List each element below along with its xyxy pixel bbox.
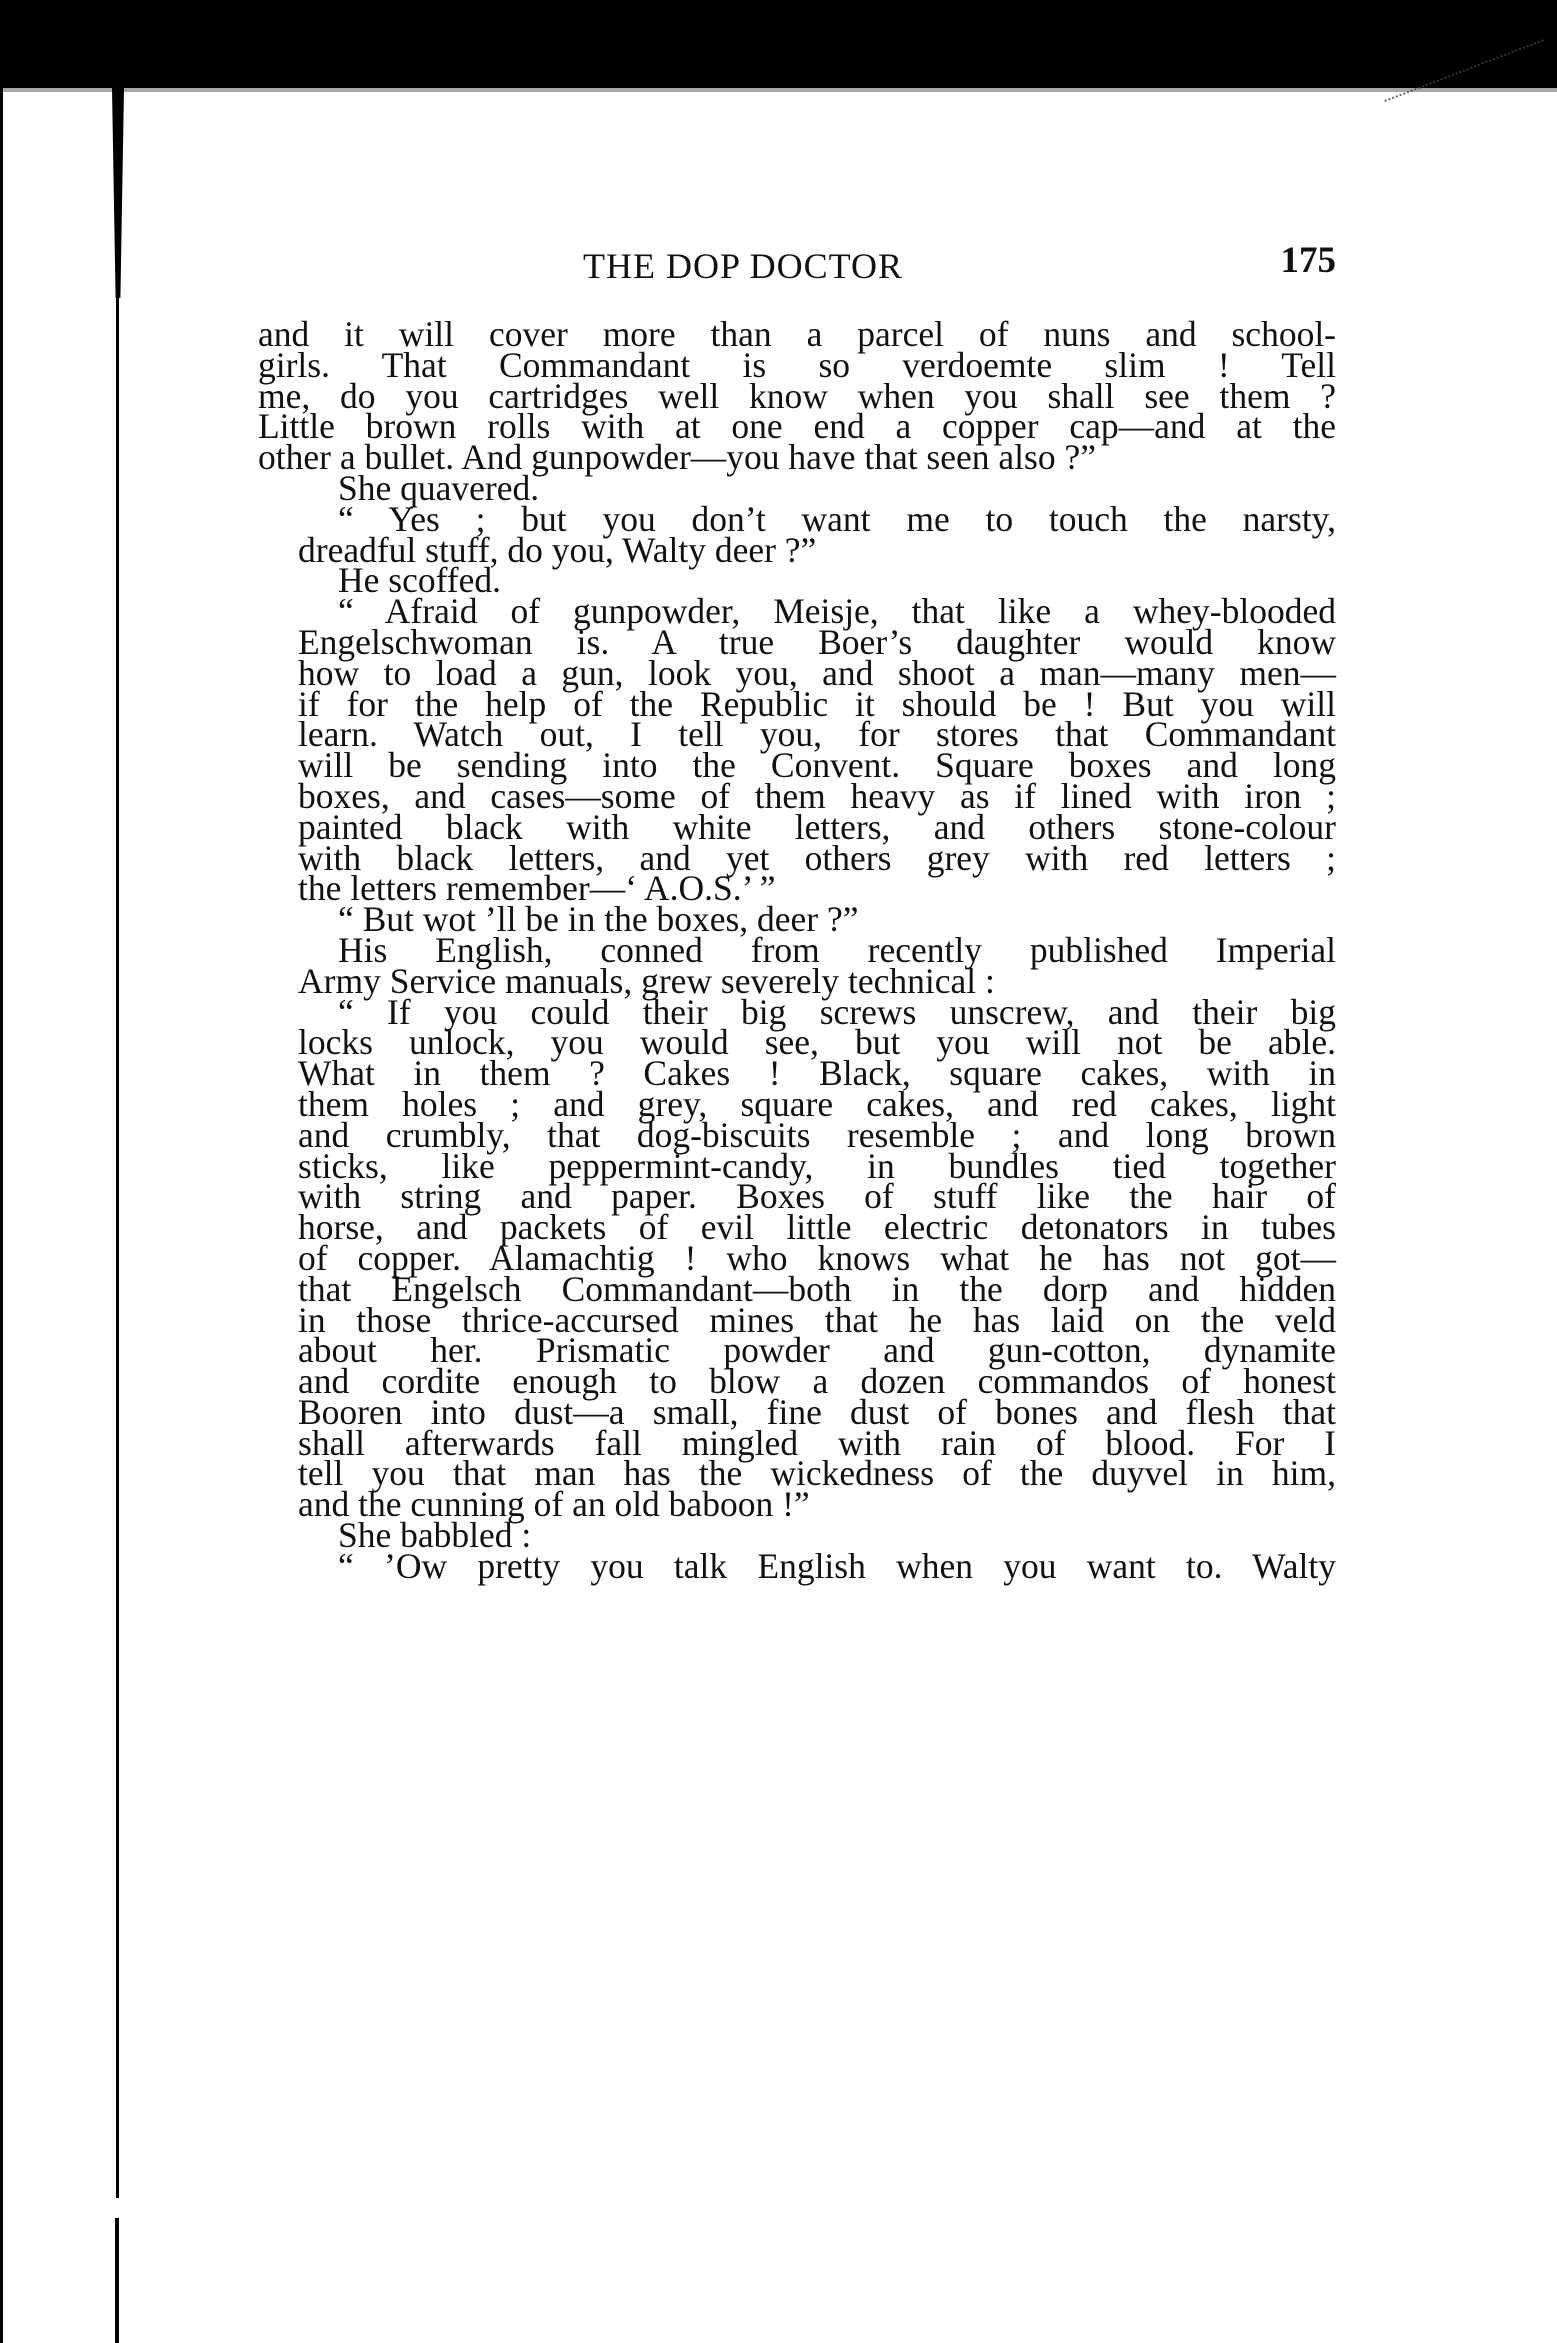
page-number: 175	[1281, 239, 1337, 282]
gutter-line	[116, 298, 119, 2198]
paragraph: “ Yes ; but you don’t want me to touch t…	[258, 504, 1336, 566]
paragraph: “ ’Ow pretty you talk English when you w…	[258, 1551, 1336, 1582]
gutter-line-lower	[115, 2218, 119, 2343]
book-binding-gutter	[112, 88, 124, 2343]
paragraph: “ If you could their big screws unscrew,…	[258, 997, 1336, 1521]
page-left-edge	[0, 88, 3, 2343]
paragraph: “ Afraid of gunpowder, Meisje, that like…	[258, 596, 1336, 904]
book-page: THE DOP DOCTOR 175 and it will cover mor…	[258, 245, 1336, 1582]
paragraph: and it will cover more than a parcel of …	[258, 319, 1336, 473]
scan-top-border	[0, 0, 1557, 88]
gutter-shadow	[112, 88, 124, 298]
scan-top-border-edge	[0, 88, 1557, 92]
running-head-title: THE DOP DOCTOR	[583, 245, 903, 287]
paragraph: His English, conned from recently publis…	[258, 935, 1336, 997]
running-head: THE DOP DOCTOR 175	[258, 245, 1336, 297]
body-text: and it will cover more than a parcel of …	[258, 319, 1336, 1582]
text-line: “ ’Ow pretty you talk English when you w…	[258, 1551, 1336, 1582]
